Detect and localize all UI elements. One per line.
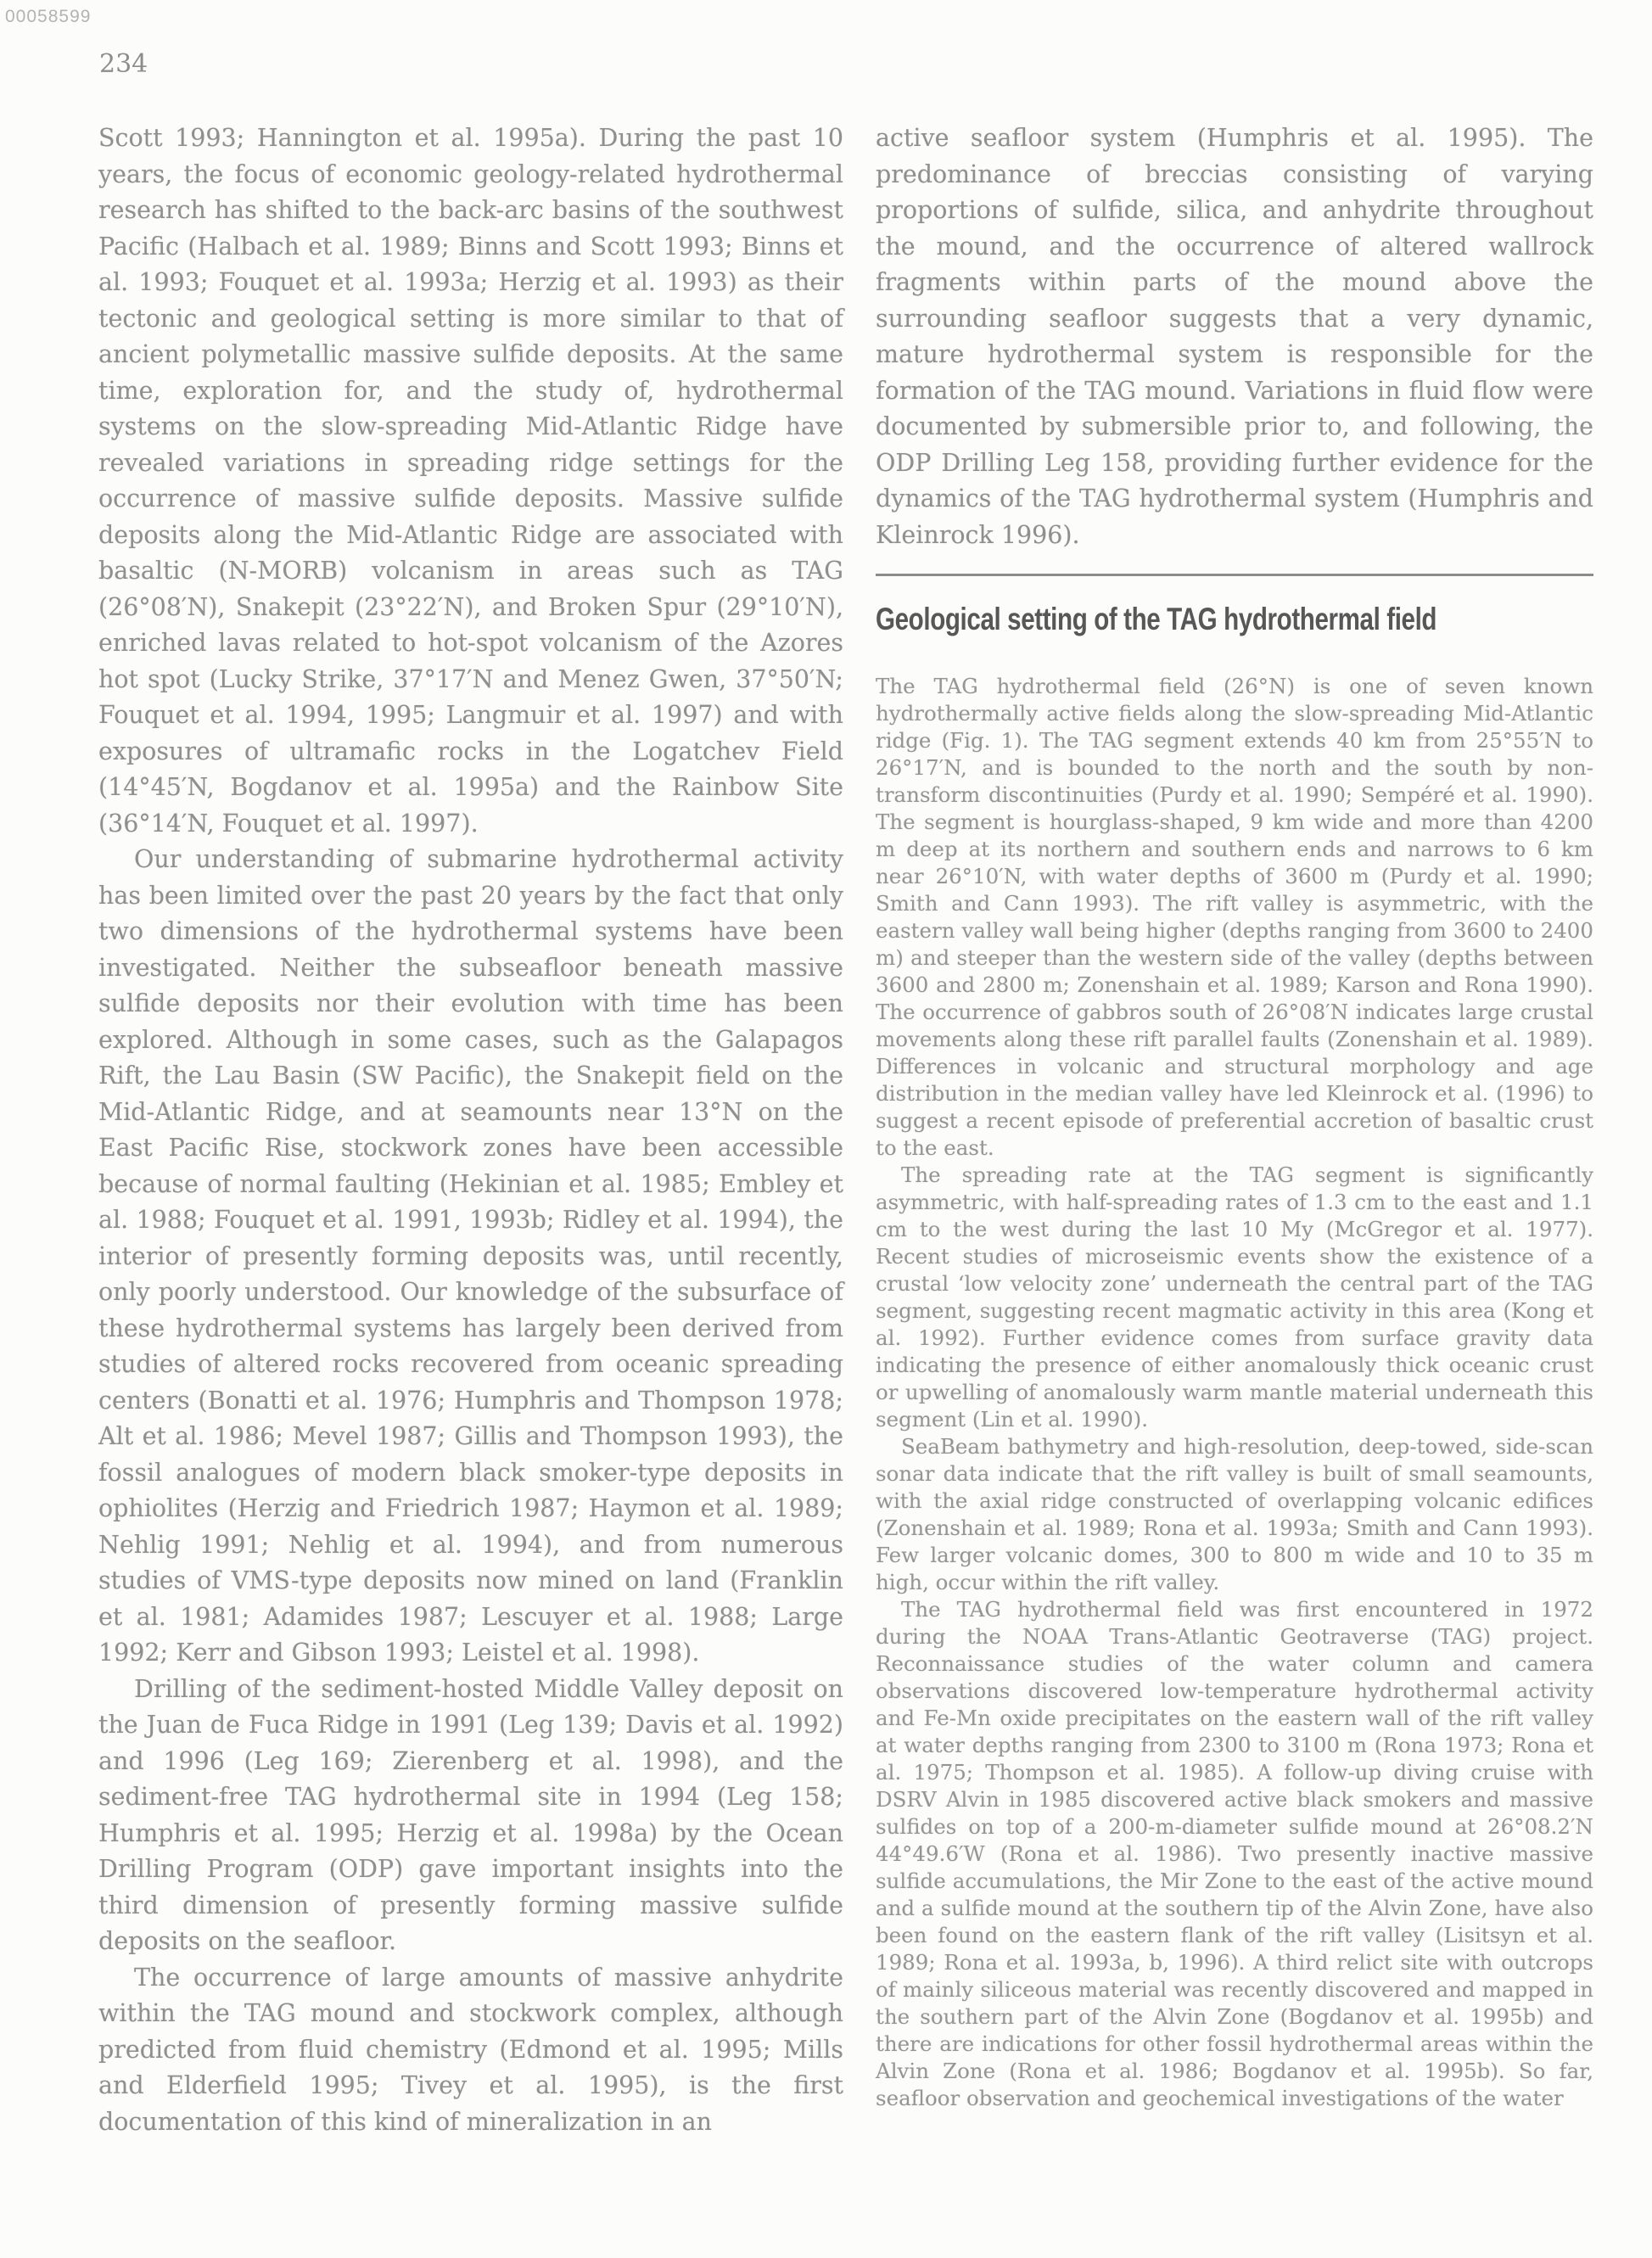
paragraph: The TAG hydrothermal field was first enc… — [876, 1596, 1593, 2112]
section-body: The TAG hydrothermal field (26°N) is one… — [876, 673, 1593, 2112]
right-column-top: active seafloor system (Humphris et al. … — [876, 120, 1593, 553]
scan-stamp: 00058599 — [5, 7, 91, 27]
paragraph: Our understanding of submarine hydrother… — [98, 842, 843, 1672]
page-number: 234 — [99, 49, 148, 79]
paragraph: SeaBeam bathymetry and high-resolution, … — [876, 1433, 1593, 1596]
section-heading: Geological setting of the TAG hydrotherm… — [876, 602, 1450, 637]
paragraph: active seafloor system (Humphris et al. … — [876, 120, 1593, 553]
left-column: Scott 1993; Hannington et al. 1995a). Du… — [98, 120, 843, 2140]
paragraph: Scott 1993; Hannington et al. 1995a). Du… — [98, 120, 843, 842]
paragraph: The spreading rate at the TAG segment is… — [876, 1162, 1593, 1433]
paragraph: The TAG hydrothermal field (26°N) is one… — [876, 673, 1593, 1162]
paragraph: Drilling of the sediment-hosted Middle V… — [98, 1672, 843, 1960]
paragraph: The occurrence of large amounts of massi… — [98, 1960, 843, 2141]
section-divider — [876, 574, 1593, 576]
right-column: active seafloor system (Humphris et al. … — [876, 120, 1593, 2112]
